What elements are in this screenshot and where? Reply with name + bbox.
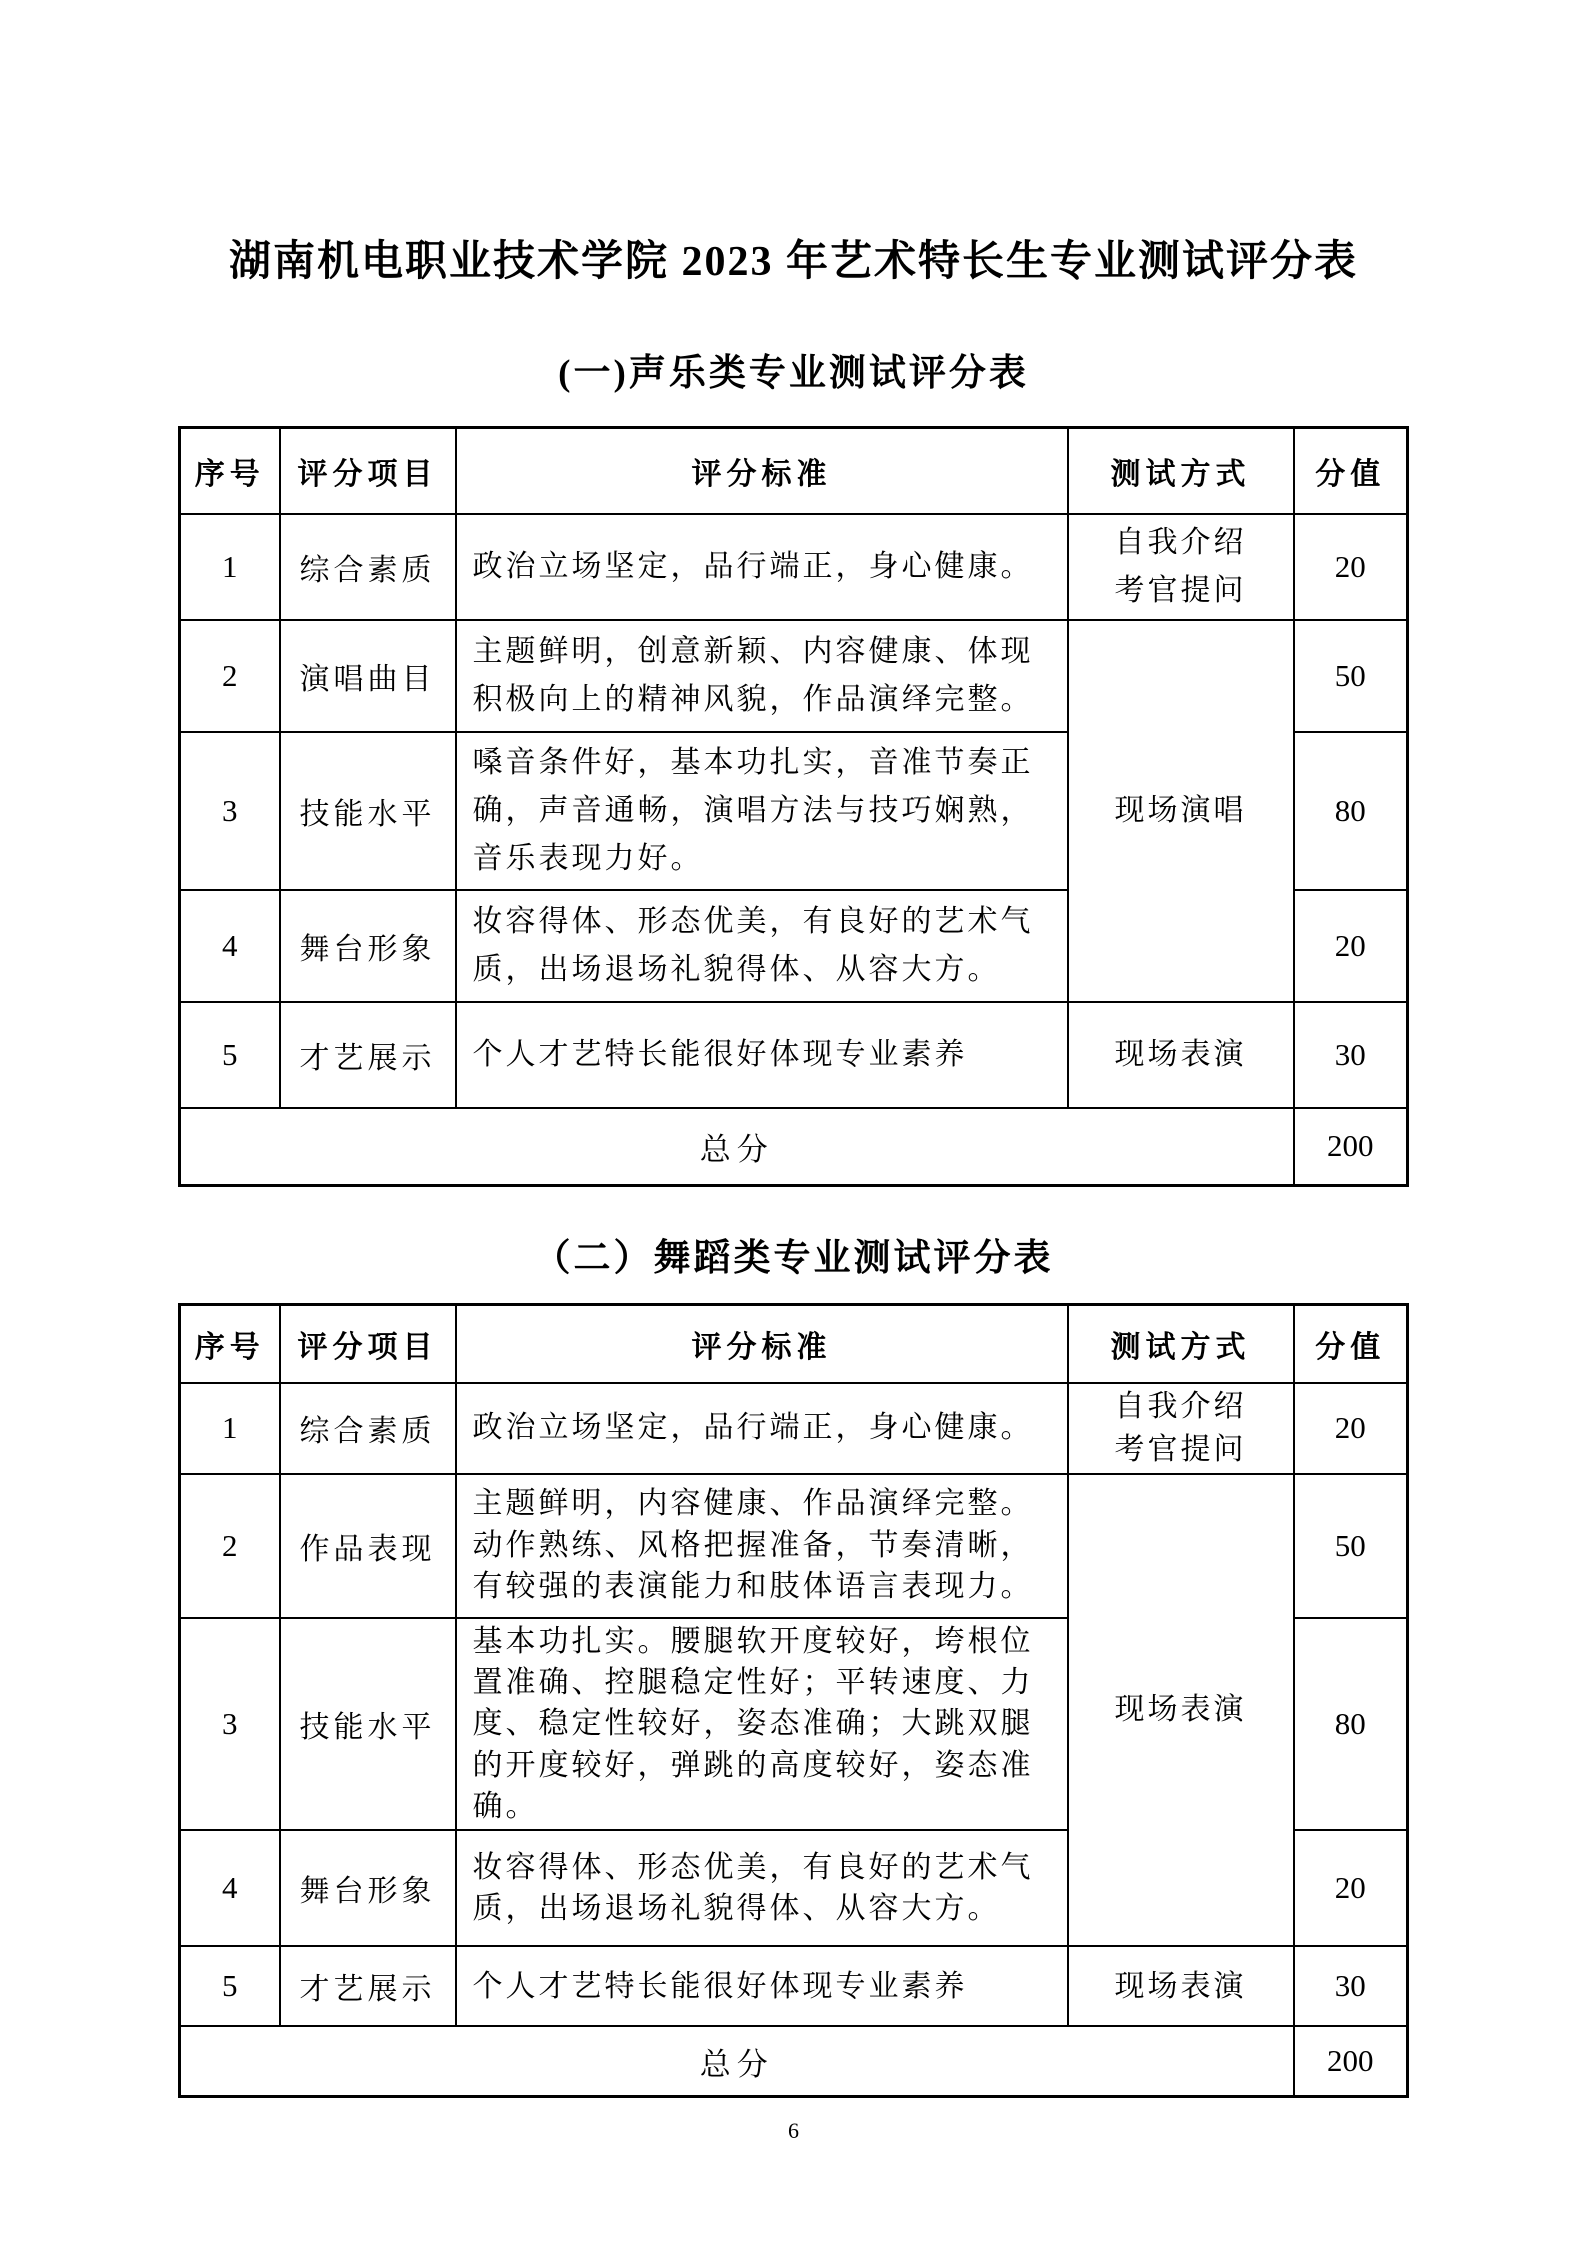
vocal-score-table: 序号 评分项目 评分标准 测试方式 分值 1 综合素质 政治立场坚定，品行端正，… — [178, 426, 1409, 1187]
table-row: 2 作品表现 主题鲜明，内容健康、作品演绎完整。动作熟练、风格把握准备，节奏清晰… — [180, 1474, 1408, 1618]
item-cell: 综合素质 — [280, 1383, 456, 1474]
method-cell: 现场表演 — [1068, 1002, 1294, 1108]
row-number-cell: 1 — [180, 514, 280, 620]
header-method: 测试方式 — [1068, 1305, 1294, 1383]
total-score-cell: 200 — [1294, 1108, 1408, 1186]
score-cell: 30 — [1294, 1002, 1408, 1108]
header-item: 评分项目 — [280, 428, 456, 514]
row-number-cell: 5 — [180, 1946, 280, 2026]
total-label-cell: 总分 — [180, 2026, 1294, 2096]
document-title: 湖南机电职业技术学院 2023 年艺术特长生专业测试评分表 — [0, 0, 1587, 288]
item-cell: 技能水平 — [280, 1618, 456, 1831]
score-cell: 20 — [1294, 1383, 1408, 1474]
item-cell: 演唱曲目 — [280, 620, 456, 732]
header-seq: 序号 — [180, 428, 280, 514]
item-cell: 舞台形象 — [280, 890, 456, 1002]
method-cell: 现场表演 — [1068, 1946, 1294, 2026]
row-number-cell: 3 — [180, 1618, 280, 1831]
item-cell: 综合素质 — [280, 514, 456, 620]
item-cell: 才艺展示 — [280, 1002, 456, 1108]
method-cell-merged: 现场演唱 — [1068, 620, 1294, 1002]
criteria-cell: 主题鲜明，内容健康、作品演绎完整。动作熟练、风格把握准备，节奏清晰，有较强的表演… — [456, 1474, 1068, 1618]
method-cell: 自我介绍 考官提问 — [1068, 1383, 1294, 1474]
table-row: 1 综合素质 政治立场坚定，品行端正，身心健康。 自我介绍 考官提问 20 — [180, 1383, 1408, 1474]
criteria-cell: 基本功扎实。腰腿软开度较好，垮根位置准确、控腿稳定性好；平转速度、力度、稳定性较… — [456, 1618, 1068, 1831]
row-number-cell: 4 — [180, 1830, 280, 1946]
score-cell: 80 — [1294, 732, 1408, 890]
item-cell: 技能水平 — [280, 732, 456, 890]
row-number-cell: 1 — [180, 1383, 280, 1474]
header-item: 评分项目 — [280, 1305, 456, 1383]
criteria-cell: 妆容得体、形态优美，有良好的艺术气质，出场退场礼貌得体、从容大方。 — [456, 890, 1068, 1002]
criteria-cell: 个人才艺特长能很好体现专业素养 — [456, 1002, 1068, 1108]
criteria-cell: 政治立场坚定，品行端正，身心健康。 — [456, 1383, 1068, 1474]
table-row: 1 综合素质 政治立场坚定，品行端正，身心健康。 自我介绍 考官提问 20 — [180, 514, 1408, 620]
row-number-cell: 4 — [180, 890, 280, 1002]
header-method: 测试方式 — [1068, 428, 1294, 514]
score-cell: 50 — [1294, 1474, 1408, 1618]
table-row: 5 才艺展示 个人才艺特长能很好体现专业素养 现场表演 30 — [180, 1946, 1408, 2026]
method-cell-merged: 现场表演 — [1068, 1474, 1294, 1947]
table-header-row: 序号 评分项目 评分标准 测试方式 分值 — [180, 428, 1408, 514]
table-row: 5 才艺展示 个人才艺特长能很好体现专业素养 现场表演 30 — [180, 1002, 1408, 1108]
score-cell: 20 — [1294, 514, 1408, 620]
score-cell: 20 — [1294, 890, 1408, 1002]
item-cell: 舞台形象 — [280, 1830, 456, 1946]
table-header-row: 序号 评分项目 评分标准 测试方式 分值 — [180, 1305, 1408, 1383]
row-number-cell: 5 — [180, 1002, 280, 1108]
total-row: 总分 200 — [180, 1108, 1408, 1186]
criteria-cell: 主题鲜明，创意新颖、内容健康、体现积极向上的精神风貌，作品演绎完整。 — [456, 620, 1068, 732]
header-criteria: 评分标准 — [456, 428, 1068, 514]
page-number: 6 — [0, 2118, 1587, 2144]
header-seq: 序号 — [180, 1305, 280, 1383]
total-score-cell: 200 — [1294, 2026, 1408, 2096]
table2-subtitle: （二）舞蹈类专业测试评分表 — [0, 1227, 1587, 1281]
score-cell: 80 — [1294, 1618, 1408, 1831]
criteria-cell: 妆容得体、形态优美，有良好的艺术气质，出场退场礼貌得体、从容大方。 — [456, 1830, 1068, 1946]
dance-score-table: 序号 评分项目 评分标准 测试方式 分值 1 综合素质 政治立场坚定，品行端正，… — [178, 1303, 1409, 2098]
score-cell: 20 — [1294, 1830, 1408, 1946]
row-number-cell: 2 — [180, 1474, 280, 1618]
table1-subtitle: (一)声乐类专业测试评分表 — [0, 342, 1587, 396]
row-number-cell: 2 — [180, 620, 280, 732]
item-cell: 作品表现 — [280, 1474, 456, 1618]
score-cell: 50 — [1294, 620, 1408, 732]
document-page: 湖南机电职业技术学院 2023 年艺术特长生专业测试评分表 (一)声乐类专业测试… — [0, 0, 1587, 2245]
table-row: 2 演唱曲目 主题鲜明，创意新颖、内容健康、体现积极向上的精神风貌，作品演绎完整… — [180, 620, 1408, 732]
criteria-cell: 个人才艺特长能很好体现专业素养 — [456, 1946, 1068, 2026]
header-score: 分值 — [1294, 428, 1408, 514]
header-score: 分值 — [1294, 1305, 1408, 1383]
header-criteria: 评分标准 — [456, 1305, 1068, 1383]
total-row: 总分 200 — [180, 2026, 1408, 2096]
row-number-cell: 3 — [180, 732, 280, 890]
total-label-cell: 总分 — [180, 1108, 1294, 1186]
score-cell: 30 — [1294, 1946, 1408, 2026]
method-cell: 自我介绍 考官提问 — [1068, 514, 1294, 620]
criteria-cell: 政治立场坚定，品行端正，身心健康。 — [456, 514, 1068, 620]
criteria-cell: 嗓音条件好，基本功扎实，音准节奏正确，声音通畅，演唱方法与技巧娴熟，音乐表现力好… — [456, 732, 1068, 890]
item-cell: 才艺展示 — [280, 1946, 456, 2026]
